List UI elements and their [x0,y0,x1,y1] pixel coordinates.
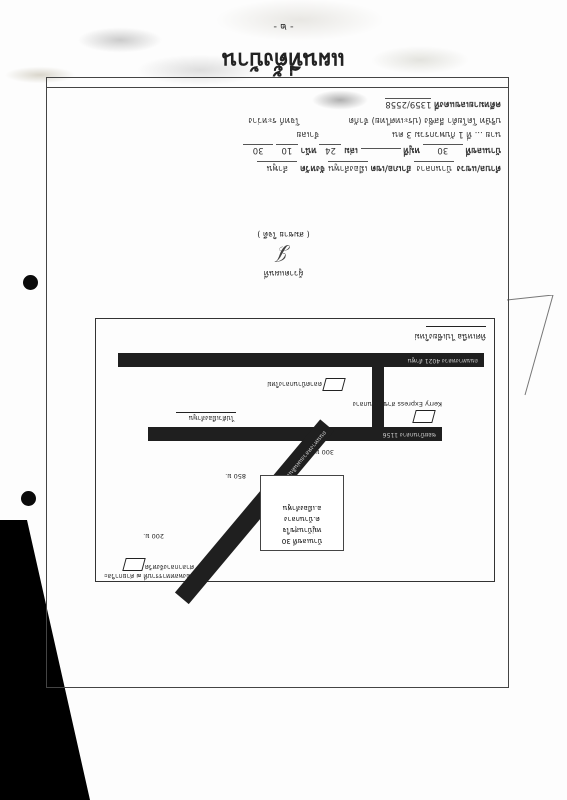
page-number: - ๒ - [0,19,567,34]
signature-mark: 𝒥 [0,241,567,267]
direction-north: ทิศเหนือ ไปเชียงใหม่ [415,326,487,343]
building-icon [122,558,145,571]
signature-block: ผู้วาดแผนที่ 𝒥 ( สมชาย ใจดี ) [0,228,567,280]
arrow [176,412,236,413]
distance-300: 300 ม. [313,447,334,457]
document-page: - ๒ - แผนที่ตั้งบ้าน คดีหมายเลขแดงที่ 13… [0,0,567,800]
house-location-box: บ้านเลขที่ 30 หมู่บ้านสุขใจ ต.บ้านกลาง อ… [260,475,344,551]
scanned-page: - ๒ - แผนที่ตั้งบ้าน คดีหมายเลขแดงที่ 13… [0,0,567,800]
signer-role: ผู้วาดแผนที่ [0,267,567,280]
distance-200: 200 ม. [143,531,164,541]
landmark-market: ตลาดบ้านกลางใหม่ [267,379,322,389]
address-row-2: ตำบล/แขวง บ้านกลาง อำเภอ/เขต เมืองลำพูน … [257,161,501,176]
case-number: 1359/2558 [385,98,431,109]
building-icon [322,378,345,391]
road-soi-1156: ซอยบ้านกลาง 1156 [148,427,442,441]
distance-850: 850 ม. [225,471,246,481]
defendant-row: นาย ... ที่ 1 กับพวกรวม 3 คน จำเลย [296,128,501,142]
building-icon [412,410,435,423]
page-title: แผนที่ตั้งบ้าน [0,43,567,78]
landmark-kerry: Kerry Express สาขาบ้านกลาง [353,399,442,409]
road-highway-4021: ถนนทางหลวง 4021 ลำพูน [118,353,484,367]
divider [46,87,509,88]
address-row-1: บ้านเลขที่ 30 หมู่ที่ เล่ม 24 หน้า 10 30 [243,144,501,158]
landmark-hall: ศาลากลางจังหวัด [145,562,194,572]
signer-name: ( สมชาย ใจดี ) [0,228,567,241]
case-number-row: คดีหมายเลขแดงที่ 1359/2558 [385,98,501,112]
landmark-camp: กองพลทหารราบที่ ๗ ค่ายกาวิละ [104,571,194,581]
plaintiff-row: บริษัท โตโยต้า ลีสซิ่ง (ประเทศไทย) จำกัด… [248,114,501,128]
location-map: ทิศเหนือ ไปเชียงใหม่ ถนนทางหลวง 4021 ลำพ… [95,318,495,582]
direction-to-city: ไปตัวเมืองลำพูน [189,413,234,423]
